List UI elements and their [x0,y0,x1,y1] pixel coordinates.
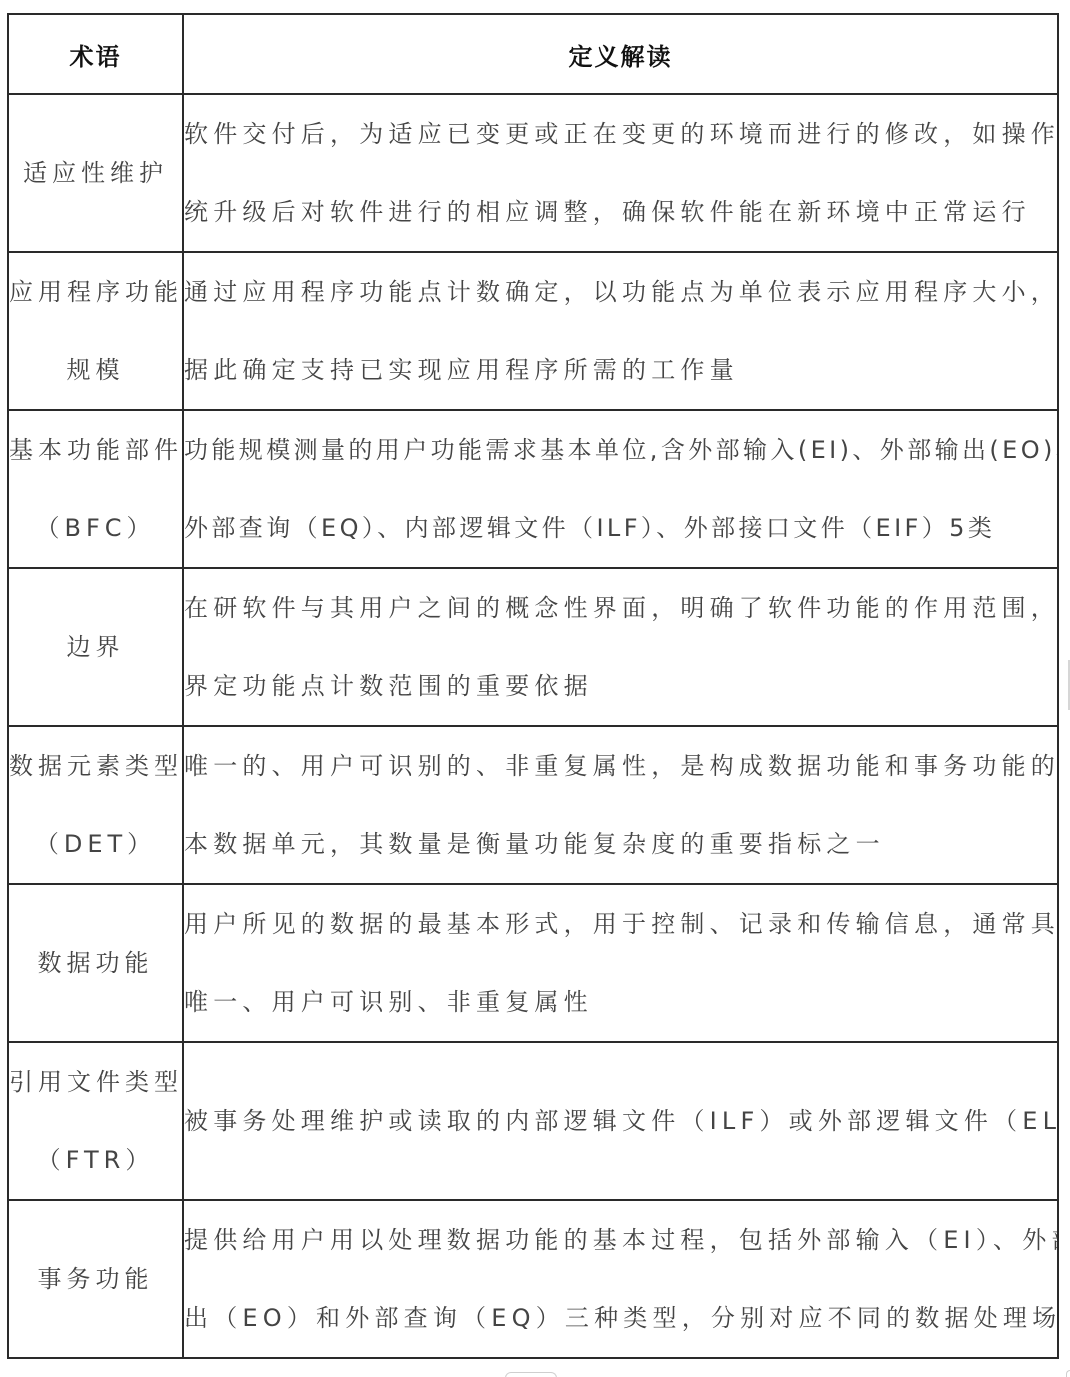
term-cell: 应用程序功能 规模 [8,252,183,410]
definition-text: 出（EO）和外部查询（EQ）三种类型，分别对应不同的数据处理场景 [184,1279,1057,1357]
definition-text: 唯一的、用户可识别的、非重复属性，是构成数据功能和事务功能的基 [184,727,1057,805]
definition-text: 提供给用户用以处理数据功能的基本过程，包括外部输入（EI）、外部输 [184,1201,1057,1279]
term-text: 应用程序功能 [9,253,182,331]
definition-text: 唯一、用户可识别、非重复属性 [184,963,1057,1041]
definition-text: 功能规模测量的用户功能需求基本单位,含外部输入(EI)、外部输出(EO)、 [184,411,1057,489]
term-cell: 事务功能 [8,1200,183,1358]
definition-cell: 用户所见的数据的最基本形式，用于控制、记录和传输信息，通常具备 唯一、用户可识别… [183,884,1058,1042]
definition-text: 界定功能点计数范围的重要依据 [184,647,1057,725]
definition-cell: 提供给用户用以处理数据功能的基本过程，包括外部输入（EI）、外部输 出（EO）和… [183,1200,1058,1358]
definition-cell: 被事务处理维护或读取的内部逻辑文件（ILF）或外部逻辑文件（ELF） [183,1042,1058,1200]
definition-text: 外部查询（EQ）、内部逻辑文件（ILF）、外部接口文件（EIF）5类 [184,489,1057,567]
term-text: 基本功能部件 [9,411,182,489]
definition-text: 软件交付后，为适应已变更或正在变更的环境而进行的修改，如操作系 [184,95,1057,173]
table-row: 数据元素类型 （DET） 唯一的、用户可识别的、非重复属性，是构成数据功能和事务… [8,726,1058,884]
term-cell: 数据功能 [8,884,183,1042]
term-text: （DET） [9,805,182,883]
definition-cell: 通过应用程序功能点计数确定，以功能点为单位表示应用程序大小，可 据此确定支持已实… [183,252,1058,410]
term-text: 事务功能 [9,1240,182,1318]
term-cell: 引用文件类型 （FTR） [8,1042,183,1200]
term-text: 规模 [9,331,182,409]
definition-cell: 软件交付后，为适应已变更或正在变更的环境而进行的修改，如操作系 统升级后对软件进… [183,94,1058,252]
definition-text: 据此确定支持已实现应用程序所需的工作量 [184,331,1057,409]
table-row: 事务功能 提供给用户用以处理数据功能的基本过程，包括外部输入（EI）、外部输 出… [8,1200,1058,1358]
term-text: 数据元素类型 [9,727,182,805]
term-column-header: 术语 [8,14,183,94]
table-row: 基本功能部件 （BFC） 功能规模测量的用户功能需求基本单位,含外部输入(EI)… [8,410,1058,568]
term-cell: 边界 [8,568,183,726]
definition-text: 通过应用程序功能点计数确定，以功能点为单位表示应用程序大小，可 [184,253,1057,331]
term-cell: 基本功能部件 （BFC） [8,410,183,568]
definition-text: 被事务处理维护或读取的内部逻辑文件（ILF）或外部逻辑文件（ELF） [184,1082,1057,1160]
definition-cell: 唯一的、用户可识别的、非重复属性，是构成数据功能和事务功能的基 本数据单元，其数… [183,726,1058,884]
term-text: 边界 [9,608,182,686]
table-row: 应用程序功能 规模 通过应用程序功能点计数确定，以功能点为单位表示应用程序大小，… [8,252,1058,410]
term-text: （FTR） [9,1121,182,1199]
definition-text: 统升级后对软件进行的相应调整，确保软件能在新环境中正常运行 [184,173,1057,251]
definition-cell: 在研软件与其用户之间的概念性界面，明确了软件功能的作用范围，是 界定功能点计数范… [183,568,1058,726]
definition-text: 本数据单元，其数量是衡量功能复杂度的重要指标之一 [184,805,1057,883]
table-row: 边界 在研软件与其用户之间的概念性界面，明确了软件功能的作用范围，是 界定功能点… [8,568,1058,726]
term-text: 引用文件类型 [9,1043,182,1121]
glossary-table: 术语 定义解读 适应性维护 软件交付后，为适应已变更或正在变更的环境而进行的修改… [7,13,1059,1359]
table-row: 数据功能 用户所见的数据的最基本形式，用于控制、记录和传输信息，通常具备 唯一、… [8,884,1058,1042]
term-text: 数据功能 [9,924,182,1002]
definition-text: 在研软件与其用户之间的概念性界面，明确了软件功能的作用范围，是 [184,569,1057,647]
definition-column-header: 定义解读 [183,14,1058,94]
term-cell: 适应性维护 [8,94,183,252]
header-row: 术语 定义解读 [8,14,1058,94]
definition-cell: 功能规模测量的用户功能需求基本单位,含外部输入(EI)、外部输出(EO)、 外部… [183,410,1058,568]
term-cell: 数据元素类型 （DET） [8,726,183,884]
table-row: 引用文件类型 （FTR） 被事务处理维护或读取的内部逻辑文件（ILF）或外部逻辑… [8,1042,1058,1200]
term-text: （BFC） [9,489,182,567]
page-handle[interactable] [505,1372,557,1377]
definition-text: 用户所见的数据的最基本形式，用于控制、记录和传输信息，通常具备 [184,885,1057,963]
corner-decoration [1066,1370,1070,1377]
term-text: 适应性维护 [9,134,182,212]
table-row: 适应性维护 软件交付后，为适应已变更或正在变更的环境而进行的修改，如操作系 统升… [8,94,1058,252]
